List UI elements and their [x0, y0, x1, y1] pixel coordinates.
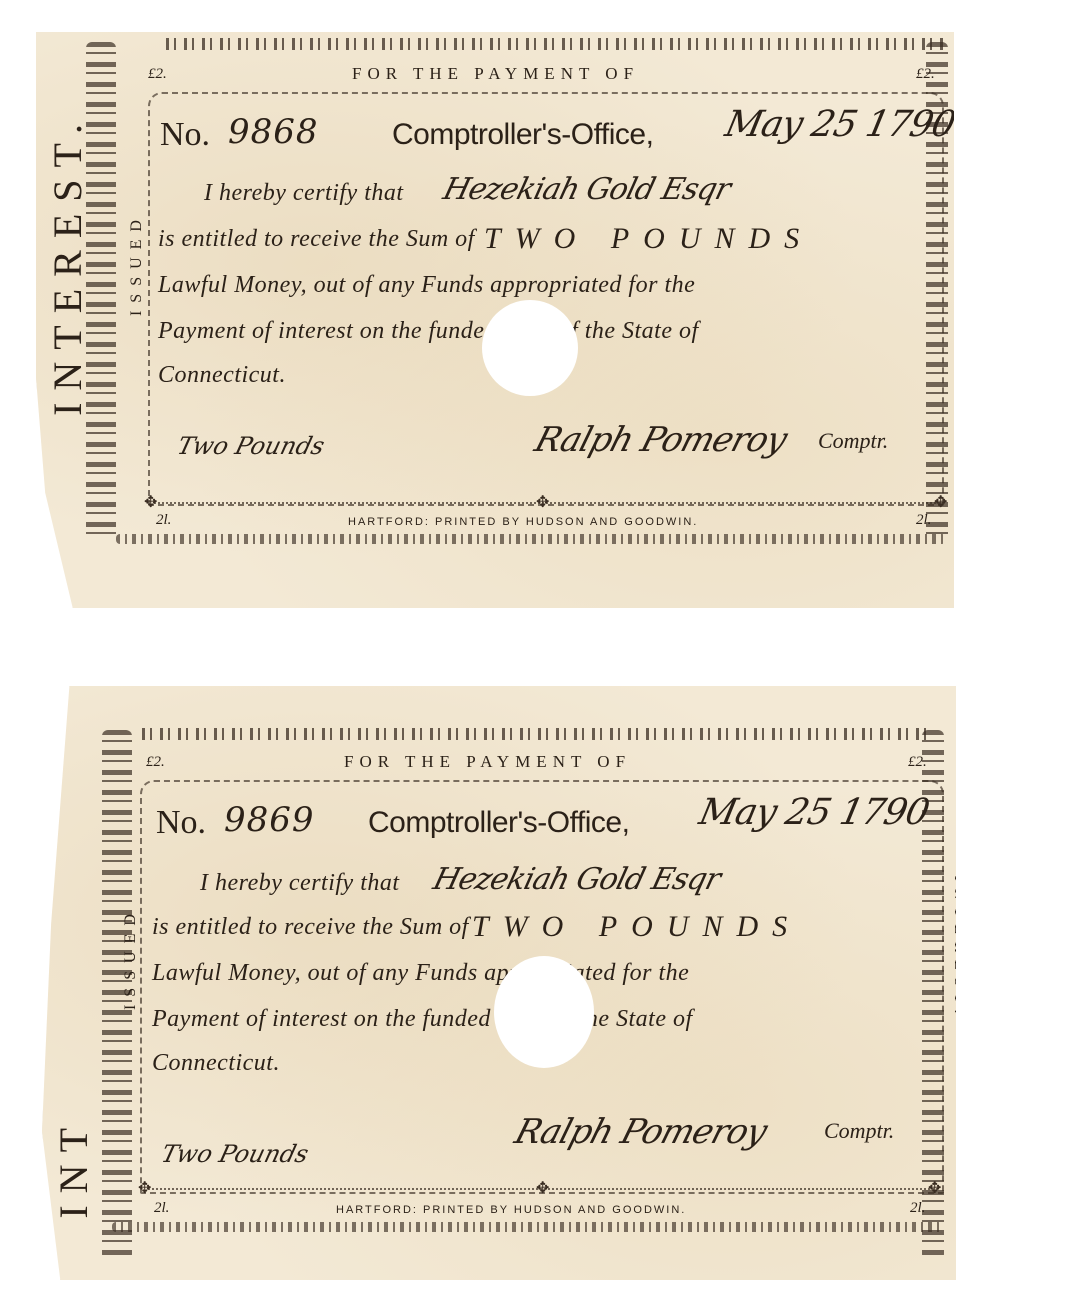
- denomination-bottom-left: 2l.: [154, 1200, 169, 1217]
- denomination-top-left: £2.: [148, 66, 167, 83]
- serial-number: 9868: [228, 112, 319, 152]
- denomination-bottom-right: 2l.: [916, 512, 931, 529]
- margin-issued: ISSUED: [128, 212, 146, 316]
- amount-words: TWO POUNDS: [472, 910, 801, 944]
- certificate-9869: INT ISSUED INTEREST. £2. FOR THE PAYMENT…: [42, 686, 956, 1280]
- office-name: Comptroller's-Office,: [392, 118, 653, 152]
- number-label: No.: [156, 804, 206, 842]
- lawful-money-text: Lawful Money, out of any Funds appropria…: [158, 272, 695, 299]
- payment-text: Payment of interest on the funded Debt o…: [158, 318, 699, 345]
- signature-title: Comptr.: [824, 1118, 894, 1144]
- denomination-top-left: £2.: [146, 754, 165, 771]
- amount-handwritten: Two Pounds: [159, 1140, 312, 1168]
- certify-text: I hereby certify that: [200, 870, 400, 897]
- top-ornament-border: [142, 728, 932, 740]
- signature-title: Comptr.: [818, 428, 888, 454]
- rosette-icon: ✥: [536, 492, 549, 512]
- margin-interest-right: INTEREST.: [950, 876, 968, 1022]
- issue-date: May 25 1790: [722, 104, 959, 145]
- rosette-icon: ✥: [144, 492, 157, 512]
- margin-interest-large: INT: [50, 1116, 97, 1219]
- signature: Ralph Pomeroy: [530, 420, 791, 460]
- cancellation-hole: [494, 956, 594, 1068]
- denomination-top-right: £2.: [916, 66, 935, 83]
- rosette-icon: ✥: [928, 1178, 941, 1198]
- amount-words: TWO POUNDS: [484, 222, 813, 256]
- bottom-ornament-border: [112, 1222, 942, 1232]
- margin-issued: ISSUED: [122, 906, 140, 1010]
- rosette-icon: ✥: [536, 1178, 549, 1198]
- denomination-bottom-right: 2l.: [910, 1200, 925, 1217]
- margin-interest-large: INTEREST.: [44, 112, 91, 416]
- office-name: Comptroller's-Office,: [368, 806, 629, 840]
- certify-text: I hereby certify that: [204, 180, 404, 207]
- top-ornament-border: [166, 38, 946, 50]
- entitled-text: is entitled to receive the Sum of: [158, 226, 475, 253]
- bottom-ornament-border: [116, 534, 946, 544]
- denomination-top-right: £2.: [908, 754, 927, 771]
- state-text: Connecticut.: [158, 362, 286, 389]
- printer-imprint: HARTFORD: PRINTED BY HUDSON AND GOODWIN.: [348, 516, 698, 528]
- payee-name: Hezekiah Gold Esqr: [440, 172, 734, 207]
- margin-interest-right: INTEREST.: [958, 212, 976, 358]
- header-text: FOR THE PAYMENT OF: [352, 64, 639, 84]
- signature: Ralph Pomeroy: [510, 1112, 771, 1152]
- header-text: FOR THE PAYMENT OF: [344, 752, 631, 772]
- serial-number: 9869: [224, 800, 315, 840]
- entitled-text: is entitled to receive the Sum of: [152, 914, 469, 941]
- lawful-money-text: Lawful Money, out of any Funds appropria…: [152, 960, 689, 987]
- rosette-icon: ✥: [934, 492, 947, 512]
- state-text: Connecticut.: [152, 1050, 280, 1077]
- number-label: No.: [160, 116, 210, 154]
- cancellation-hole: [482, 300, 578, 396]
- payee-name: Hezekiah Gold Esqr: [430, 862, 724, 897]
- payment-text: Payment of interest on the funded Debt o…: [152, 1006, 693, 1033]
- certificate-9868: INTEREST. ISSUED INTEREST. £2. FOR THE P…: [36, 32, 954, 608]
- denomination-bottom-left: 2l.: [156, 512, 171, 529]
- amount-handwritten: Two Pounds: [175, 432, 328, 460]
- rosette-icon: ✥: [138, 1178, 151, 1198]
- issue-date: May 25 1790: [696, 792, 933, 833]
- printer-imprint: HARTFORD: PRINTED BY HUDSON AND GOODWIN.: [336, 1204, 686, 1216]
